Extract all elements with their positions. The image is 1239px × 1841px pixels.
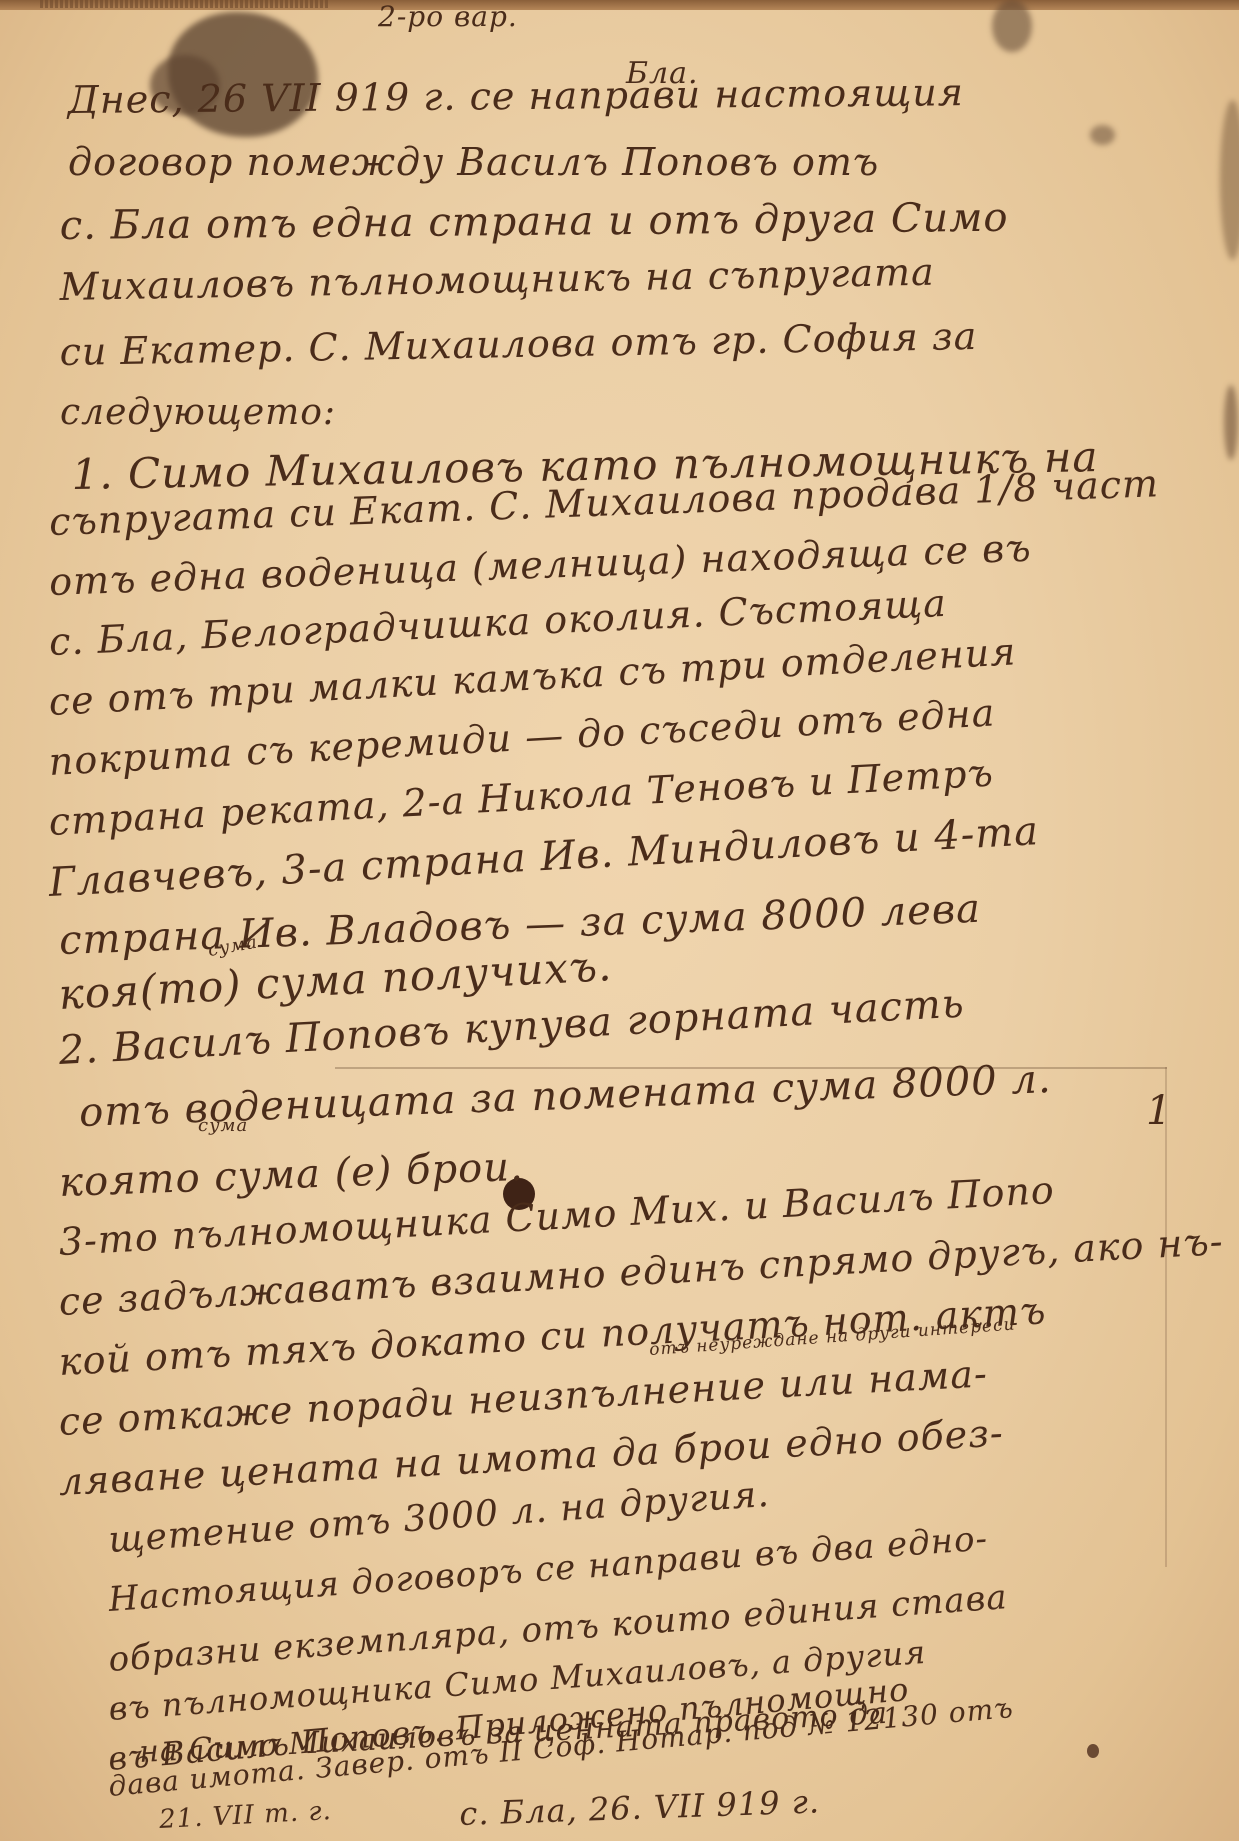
ink-stain xyxy=(1090,125,1115,145)
version-header: 2-ро вар. xyxy=(378,0,518,33)
interlinear-insertion: сума xyxy=(198,1115,248,1136)
text-line: следующето: xyxy=(60,392,336,433)
text-line: си Екатер. С. Михаилова отъ гр. София за xyxy=(59,314,977,374)
clause-2-line: която сума (е) брои. xyxy=(58,1144,524,1206)
printed-header-fragment xyxy=(40,0,330,8)
text-line: Михаиловъ пълномощникъ на съпругата xyxy=(59,250,935,309)
signature-place-date: с. Бла, 26. VII 919 г. xyxy=(459,1782,821,1833)
margin-number: 1 xyxy=(1146,1088,1172,1134)
text-line: договор помежду Василъ Поповъ отъ xyxy=(68,140,879,184)
ink-stain xyxy=(1220,100,1239,260)
ink-stain xyxy=(992,0,1032,52)
notary-date: 21. VII т. г. xyxy=(158,1796,332,1835)
text-line: с. Бла отъ една страна и отъ друга Симо xyxy=(60,195,1009,249)
ink-blot xyxy=(1087,1744,1099,1758)
document-page: 2-ро вар. Бла. Днес, 26 VII 919 г. се на… xyxy=(0,0,1239,1841)
text-line: Днес, 26 VII 919 г. се направи настоящия xyxy=(68,70,965,122)
ink-stain xyxy=(1224,385,1238,460)
fold-line xyxy=(1165,1067,1167,1567)
